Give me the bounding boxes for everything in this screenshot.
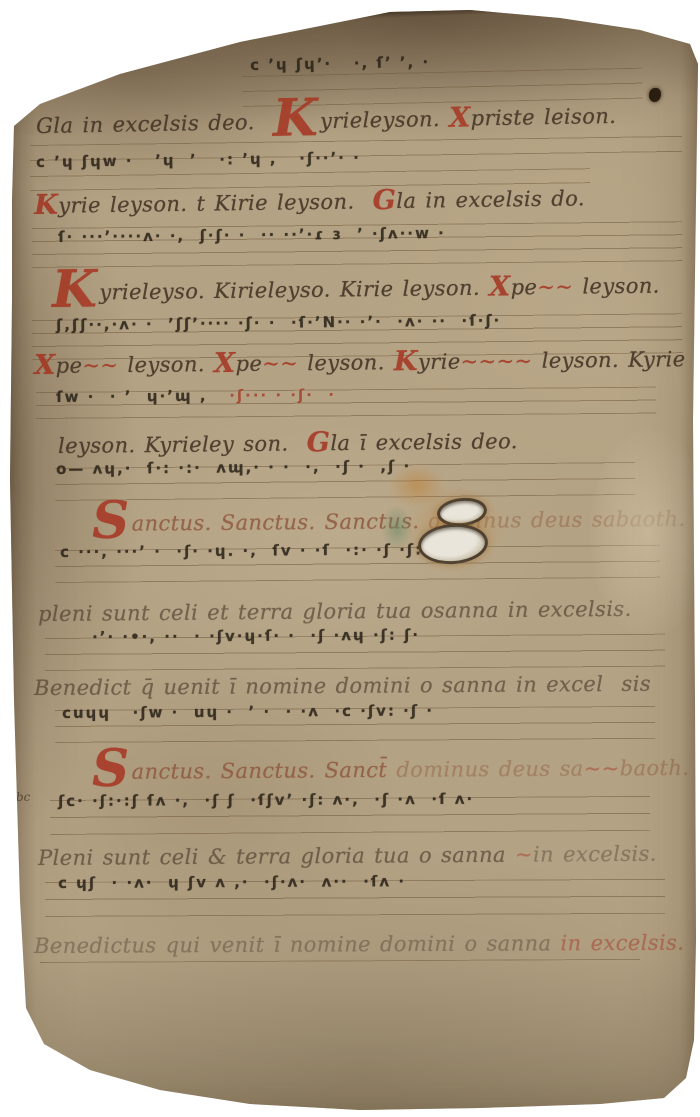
chant-text-line: Kyrie leyson. t Kirie leyson. Gla in exc… bbox=[34, 188, 585, 217]
chant-text-line: pleni sunt celi et terra gloria tua osan… bbox=[38, 599, 632, 625]
rubricated-initial: K bbox=[272, 88, 318, 149]
chant-text: in excelsis. bbox=[533, 842, 657, 867]
chant-text: ~ bbox=[515, 843, 533, 867]
chant-text: ~~~~ bbox=[460, 349, 532, 374]
page-gutter-edge-shading bbox=[0, 0, 36, 1117]
chant-text: yrie leyson. t Kirie leyson. bbox=[58, 189, 373, 217]
chant-text: Benedict q̄ uenit ī nomine domini o sann… bbox=[34, 672, 651, 700]
neume-row: ſw · · ʼ ɥ·ʼɰ , ·ʃ··· · ·ʃ· · bbox=[56, 388, 336, 405]
chant-text: anctus. Sanctus. Sanct̄ bbox=[132, 758, 397, 784]
chant-text-line: Sanctus. Sanctus. Sanct̄ dominus deus sa… bbox=[92, 758, 689, 783]
neume-cluster: ·ʃ··· · ·ʃ· · bbox=[207, 386, 336, 405]
parchment-page: c ʼɥ ʃɥʼ· ·, ſʼ ʼ, ·c ʼɥ ʃɥw · ʼɥ ʼ ·: ʼ… bbox=[0, 0, 700, 1117]
rubricated-initial: S bbox=[92, 491, 130, 551]
rubricated-initial: K bbox=[34, 189, 59, 221]
chant-text: pe bbox=[510, 275, 537, 299]
rubricated-initial: X bbox=[214, 347, 236, 379]
chant-text: yrie bbox=[418, 350, 461, 374]
margin-mark: c. bbox=[18, 38, 29, 53]
chant-text-line: leyson. Kyrieley son. Gla ī excelsis deo… bbox=[58, 431, 518, 457]
parchment-stain-green bbox=[381, 505, 413, 551]
neume-row: ſ· ···ʼ····ʌ· ·, ʃ·ʃ· · ·· ··ʼ·ɾ ɜ ʼ ·ʃʌ… bbox=[58, 226, 446, 245]
chant-text: leyson. Kyrieley son. bbox=[58, 431, 307, 458]
chant-text: yrieleyso. Kirieleyso. Kirie leyson. bbox=[99, 276, 489, 305]
neume-row: c ʼɥ ʃɥw · ʼɥ ʼ ·: ʼɥ , ·ʃ··ʼ· · bbox=[36, 150, 361, 170]
rubricated-initial: X bbox=[489, 271, 511, 303]
neume-cluster: c ʼɥ ʃɥʼ· ·, ſʼ ʼ, · bbox=[250, 53, 430, 74]
chant-text: ~~ bbox=[537, 275, 573, 299]
rubricated-initial: X bbox=[449, 102, 471, 134]
chant-text: leyson. bbox=[298, 350, 394, 375]
neume-cluster: o— ʌɥ,· ſ·: ·:· ʌɰ,· · · ·, ·ʃ · ,ʃ · bbox=[56, 457, 411, 478]
chant-text: la ī excelsis deo. bbox=[330, 429, 518, 455]
page-top-rim-line bbox=[205, 0, 680, 25]
rubricated-initial: G bbox=[372, 184, 396, 216]
neume-cluster: c ʼɥ ʃɥw · ʼɥ ʼ ·: ʼɥ , ·ʃ··ʼ· · bbox=[36, 148, 361, 171]
neume-row: c ʼɥ ʃɥʼ· ·, ſʼ ʼ, · bbox=[250, 55, 430, 73]
neume-cluster: ſw · · ʼ ɥ·ʼɰ , bbox=[56, 387, 208, 406]
chant-text: leyson. bbox=[573, 274, 660, 299]
rubricated-initial: K bbox=[394, 345, 418, 377]
parchment-stain-orange bbox=[388, 464, 446, 508]
chant-text: Benedictus qui venit ī nomine domini o s… bbox=[34, 931, 561, 958]
neume-row: ·ʼ· ·•·, ·· · ·ʃv·ɥ·ſ· · ·ʃ ·ʌɥ ·ʃ: ʃ· bbox=[92, 628, 420, 645]
chant-text-line: Benedictus qui venit ī nomine domini o s… bbox=[34, 933, 684, 957]
photo-background: c ʼɥ ʃɥʼ· ·, ſʼ ʼ, ·c ʼɥ ʃɥw · ʼɥ ʼ ·: ʼ… bbox=[0, 0, 700, 1117]
chant-text: Gla in excelsis deo. bbox=[36, 110, 273, 138]
rubricated-initial: K bbox=[52, 260, 98, 321]
chant-text-line: Gla in excelsis deo. Kyrieleyson. Xprist… bbox=[36, 106, 616, 137]
chant-text: yrieleyson. bbox=[320, 107, 450, 133]
chant-text: pe bbox=[56, 353, 83, 377]
rubricated-initial: S bbox=[92, 739, 130, 799]
margin-mark: bc bbox=[16, 790, 30, 804]
chant-text: Pleni sunt celi & terra gloria tua o san… bbox=[38, 843, 515, 870]
chant-text: ~~ bbox=[584, 756, 620, 780]
neume-cluster: ·ʼ· ·•·, ·· · ·ʃv·ɥ·ſ· · ·ʃ ·ʌɥ ·ʃ: ʃ· bbox=[92, 626, 420, 646]
rubricated-initial: X bbox=[34, 349, 56, 381]
page-bottom-edge-shading bbox=[0, 957, 700, 1117]
chant-text: ~~ bbox=[262, 351, 298, 375]
chant-text: dominus deus sa bbox=[396, 757, 584, 782]
neume-row: o— ʌɥ,· ſ·: ·:· ʌɰ,· · · ·, ·ʃ · ,ʃ · bbox=[56, 459, 411, 477]
chant-text: pe bbox=[235, 352, 262, 376]
neume-row: cuɥɥ ·ʃw · uɥ · ʼ · · ·ʌ ·c ·ʃv: ·ʃ · bbox=[62, 703, 434, 721]
parchment-patch bbox=[590, 428, 700, 638]
chant-text: baoth. bbox=[620, 756, 690, 780]
chant-text-line: Benedict q̄ uenit ī nomine domini o sann… bbox=[34, 674, 651, 699]
neume-cluster: c ɥʃ · ·ʌ· ɥ ʃv ʌ ,· ·ʃ·ʌ· ʌ·· ·ſʌ · bbox=[58, 872, 406, 892]
rubricated-initial: G bbox=[306, 427, 330, 459]
chant-text: la in excelsis do. bbox=[396, 186, 585, 213]
neume-row: c ɥʃ · ·ʌ· ɥ ʃv ʌ ,· ·ʃ·ʌ· ʌ·· ·ſʌ · bbox=[58, 874, 406, 891]
chant-text: in excelsis. bbox=[560, 931, 684, 956]
parchment-spot bbox=[649, 88, 661, 102]
chant-text: pleni sunt celi et terra gloria tua osan… bbox=[38, 597, 632, 626]
chant-text: leyson. Kyrie bbox=[532, 347, 685, 373]
chant-text-line: Xpe~~ leyson. Xpe~~ leyson. Kyrie~~~~ le… bbox=[34, 349, 686, 377]
chant-text-line: Kyrieleyso. Kirieleyso. Kirie leyson. Xp… bbox=[52, 276, 660, 304]
chant-text: leyson. bbox=[118, 352, 214, 377]
neume-cluster: cuɥɥ ·ʃw · uɥ · ʼ · · ·ʌ ·c ·ʃv: ·ʃ · bbox=[62, 701, 434, 722]
staff-ruling bbox=[40, 959, 640, 963]
chant-text: priste leison. bbox=[470, 104, 616, 131]
chant-text-line: Pleni sunt celi & terra gloria tua o san… bbox=[38, 844, 657, 869]
parchment-tick bbox=[8, 1022, 22, 1069]
chant-text: ~~ bbox=[82, 353, 118, 377]
